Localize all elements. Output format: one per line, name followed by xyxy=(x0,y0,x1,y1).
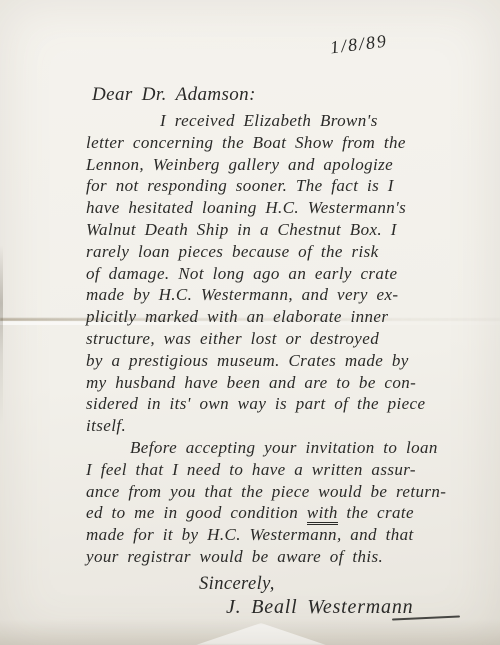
letter-date: 1/8/89 xyxy=(329,31,389,59)
letter-body: I received Elizabeth Brown's letter conc… xyxy=(86,110,486,568)
handwritten-line: itself. xyxy=(86,415,486,437)
handwritten-line-with-underline: ed to me in good condition with the crat… xyxy=(86,502,486,524)
handwritten-line: by a prestigious museum. Crates made by xyxy=(86,350,486,372)
handwritten-line: I feel that I need to have a written ass… xyxy=(86,459,486,481)
handwritten-line: of damage. Not long ago an early crate xyxy=(86,263,486,285)
handwritten-line: Before accepting your invitation to loan xyxy=(86,437,486,459)
handwritten-line: Walnut Death Ship in a Chestnut Box. I xyxy=(86,219,486,241)
handwritten-line: I received Elizabeth Brown's xyxy=(86,110,486,132)
handwritten-line: for not responding sooner. The fact is I xyxy=(86,175,486,197)
handwritten-line: Lennon, Weinberg gallery and apologize xyxy=(86,154,486,176)
signature: J. Beall Westermann xyxy=(226,596,413,619)
line-text-post: the crate xyxy=(338,503,414,522)
closing: Sincerely, xyxy=(199,574,275,595)
salutation: Dear Dr. Adamson: xyxy=(92,84,256,106)
handwritten-line: your registrar would be aware of this. xyxy=(86,546,486,568)
left-edge-shadow xyxy=(0,0,3,645)
handwritten-line: sidered in its' own way is part of the p… xyxy=(86,393,486,415)
handwritten-line: structure, was either lost or destroyed xyxy=(86,328,486,350)
handwritten-line: plicitly marked with an elaborate inner xyxy=(86,306,486,328)
handwritten-line: rarely loan pieces because of the risk xyxy=(86,241,486,263)
underlined-word: with xyxy=(307,503,338,525)
handwritten-line: my husband have been and are to be con- xyxy=(86,372,486,394)
handwritten-line: have hesitated loaning H.C. Westermann's xyxy=(86,197,486,219)
handwritten-line: ance from you that the piece would be re… xyxy=(86,481,486,503)
handwritten-line: letter concerning the Boat Show from the xyxy=(86,132,486,154)
line-text-pre: ed to me in good condition xyxy=(86,503,307,522)
scanned-letter-page: 1/8/89 Dear Dr. Adamson: I received Eliz… xyxy=(0,0,500,645)
handwritten-line: made for it by H.C. Westermann, and that xyxy=(86,524,486,546)
handwritten-line: made by H.C. Westermann, and very ex- xyxy=(86,284,486,306)
